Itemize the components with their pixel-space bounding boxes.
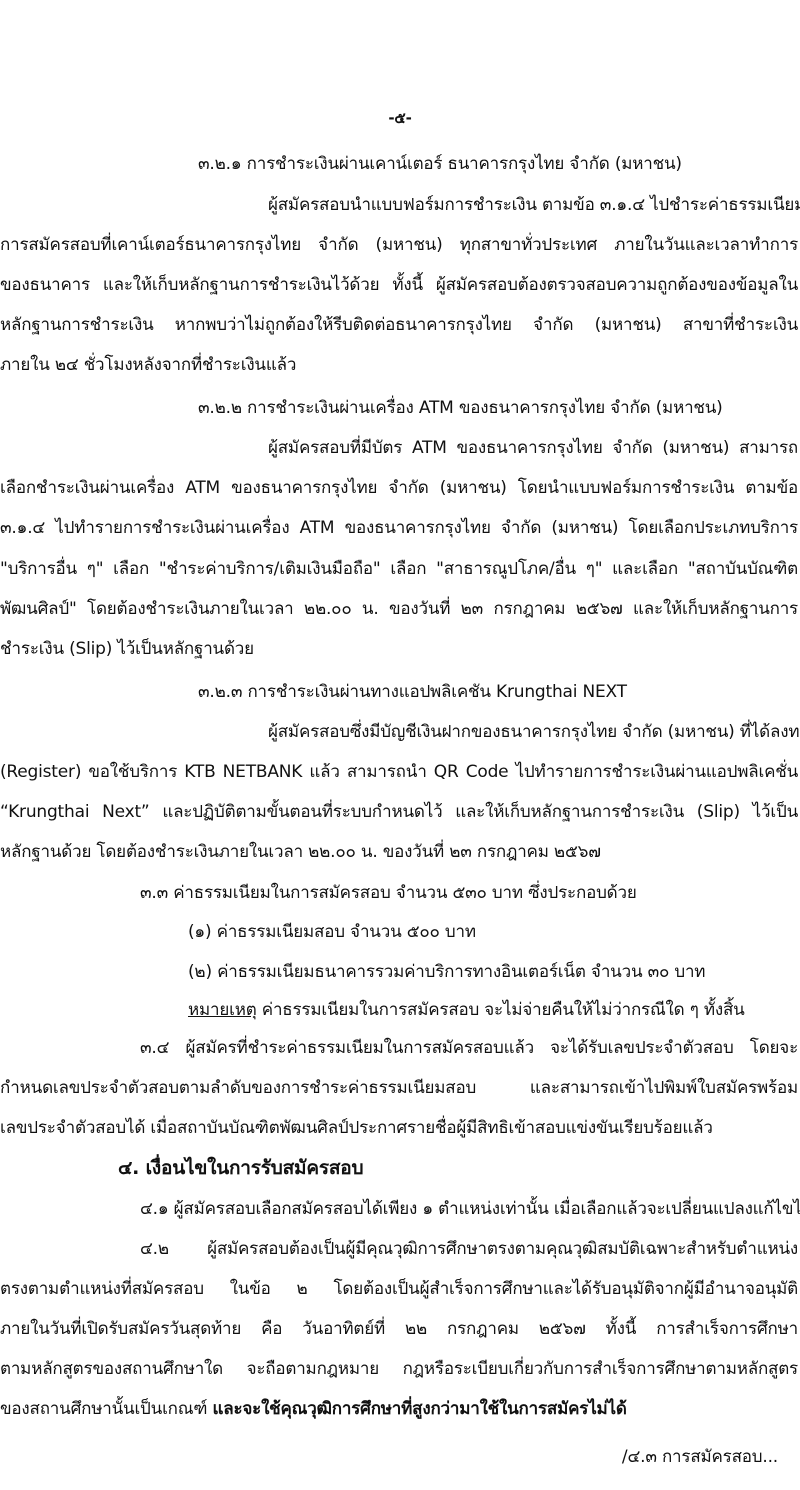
item-4-2-line: ตรงตามตำแหน่งที่สมัครสอบ ในข้อ ๒ โดยต้อง… bbox=[0, 1277, 798, 1301]
section-3-2-3-line: “Krungthai Next” และปฏิบัติตามขั้นตอนที่… bbox=[0, 800, 798, 824]
section-3-3-title: ๓.๓ ค่าธรรมเนียมในการสมัครสอบ จำนวน ๕๓๐ … bbox=[140, 881, 637, 905]
page-number: -๕- bbox=[0, 106, 800, 130]
section-3-2-1-title: ๓.๒.๑ การชำระเงินผ่านเคาน์เตอร์ ธนาคารกร… bbox=[198, 152, 682, 176]
section-3-2-3-line: หลักฐานด้วย โดยต้องชำระเงินภายในเวลา ๒๒.… bbox=[0, 840, 601, 864]
section-3-2-1-line: ภายใน ๒๔ ชั่วโมงหลังจากที่ชำระเงินแล้ว bbox=[0, 353, 296, 377]
continuation-marker: /๔.๓ การสมัครสอบ... bbox=[622, 1445, 778, 1469]
section-3-4-line: กำหนดเลขประจำตัวสอบตามลำดับของการชำระค่า… bbox=[0, 1076, 798, 1100]
document-page: -๕- ๓.๒.๑ การชำระเงินผ่านเคาน์เตอร์ ธนาค… bbox=[0, 0, 800, 1490]
fee-note: หมายเหตุ ค่าธรรมเนียมในการสมัครสอบ จะไม่… bbox=[188, 998, 745, 1022]
section-3-2-2-line: เลือกชำระเงินผ่านเครื่อง ATM ของธนาคารกร… bbox=[0, 476, 798, 500]
section-3-2-2-line: ชำระเงิน (Slip) ไว้เป็นหลักฐานด้วย bbox=[0, 637, 254, 661]
section-3-2-2-line: "บริการอื่น ๆ" เลือก "ชำระค่าบริการ/เติม… bbox=[0, 557, 798, 581]
item-4-2-line: ภายในวันที่เปิดรับสมัครวันสุดท้าย คือ วั… bbox=[0, 1317, 798, 1341]
section-3-2-1-line: การสมัครสอบที่เคาน์เตอร์ธนาคารกรุงไทย จำ… bbox=[0, 233, 798, 257]
section-3-2-1-line: ของธนาคาร และให้เก็บหลักฐานการชำระเงินไว… bbox=[0, 273, 798, 297]
item-4-2-last-line: ของสถานศึกษานั้นเป็นเกณฑ์ และจะใช้คุณวุฒ… bbox=[0, 1397, 627, 1421]
section-3-4-line: ๓.๔ ผู้สมัครที่ชำระค่าธรรมเนียมในการสมัค… bbox=[140, 1036, 798, 1060]
section-3-4-line: เลขประจำตัวสอบได้ เมื่อสถาบันบัณฑิตพัฒนศ… bbox=[0, 1116, 713, 1140]
item-4-2-line: ตามหลักสูตรของสถานศึกษาใด จะถือตามกฎหมาย… bbox=[0, 1357, 798, 1381]
section-3-2-3-line: ผู้สมัครสอบซึ่งมีบัญชีเงินฝากของธนาคารกร… bbox=[268, 720, 798, 744]
section-4-title: ๔. เงื่อนไขในการรับสมัครสอบ bbox=[118, 1156, 363, 1180]
note-text: ค่าธรรมเนียมในการสมัครสอบ จะไม่จ่ายคืนให… bbox=[257, 1000, 745, 1020]
section-3-2-3-title: ๓.๒.๓ การชำระเงินผ่านทางแอปพลิเคชัน Krun… bbox=[198, 680, 627, 704]
item-4-1: ๔.๑ ผู้สมัครสอบเลือกสมัครสอบได้เพียง ๑ ต… bbox=[140, 1197, 798, 1221]
section-3-2-2-line: ๓.๑.๔ ไปทำรายการชำระเงินผ่านเครื่อง ATM … bbox=[0, 516, 798, 540]
item-4-2-last-bold: และจะใช้คุณวุฒิการศึกษาที่สูงกว่ามาใช้ใน… bbox=[212, 1399, 626, 1419]
item-4-2-line: ๔.๒ ผู้สมัครสอบต้องเป็นผู้มีคุณวุฒิการศึ… bbox=[140, 1237, 798, 1261]
section-3-2-3-line: (Register) ขอใช้บริการ KTB NETBANK แล้ว … bbox=[0, 760, 798, 784]
section-3-2-2-line: ผู้สมัครสอบที่มีบัตร ATM ของธนาคารกรุงไท… bbox=[268, 436, 798, 460]
section-3-2-2-line: พัฒนศิลป์" โดยต้องชำระเงินภายในเวลา ๒๒.๐… bbox=[0, 597, 798, 621]
section-3-2-1-line: หลักฐานการชำระเงิน หากพบว่าไม่ถูกต้องให้… bbox=[0, 313, 798, 337]
section-3-2-2-title: ๓.๒.๒ การชำระเงินผ่านเครื่อง ATM ของธนาค… bbox=[198, 396, 723, 420]
fee-item: (๑) ค่าธรรมเนียมสอบ จำนวน ๕๐๐ บาท bbox=[188, 920, 476, 944]
note-label: หมายเหตุ bbox=[188, 1000, 257, 1020]
fee-item: (๒) ค่าธรรมเนียมธนาคารรวมค่าบริการทางอิน… bbox=[188, 960, 705, 984]
item-4-2-last-normal: ของสถานศึกษานั้นเป็นเกณฑ์ bbox=[0, 1399, 212, 1419]
section-3-2-1-line: ผู้สมัครสอบนำแบบฟอร์มการชำระเงิน ตามข้อ … bbox=[268, 193, 798, 217]
